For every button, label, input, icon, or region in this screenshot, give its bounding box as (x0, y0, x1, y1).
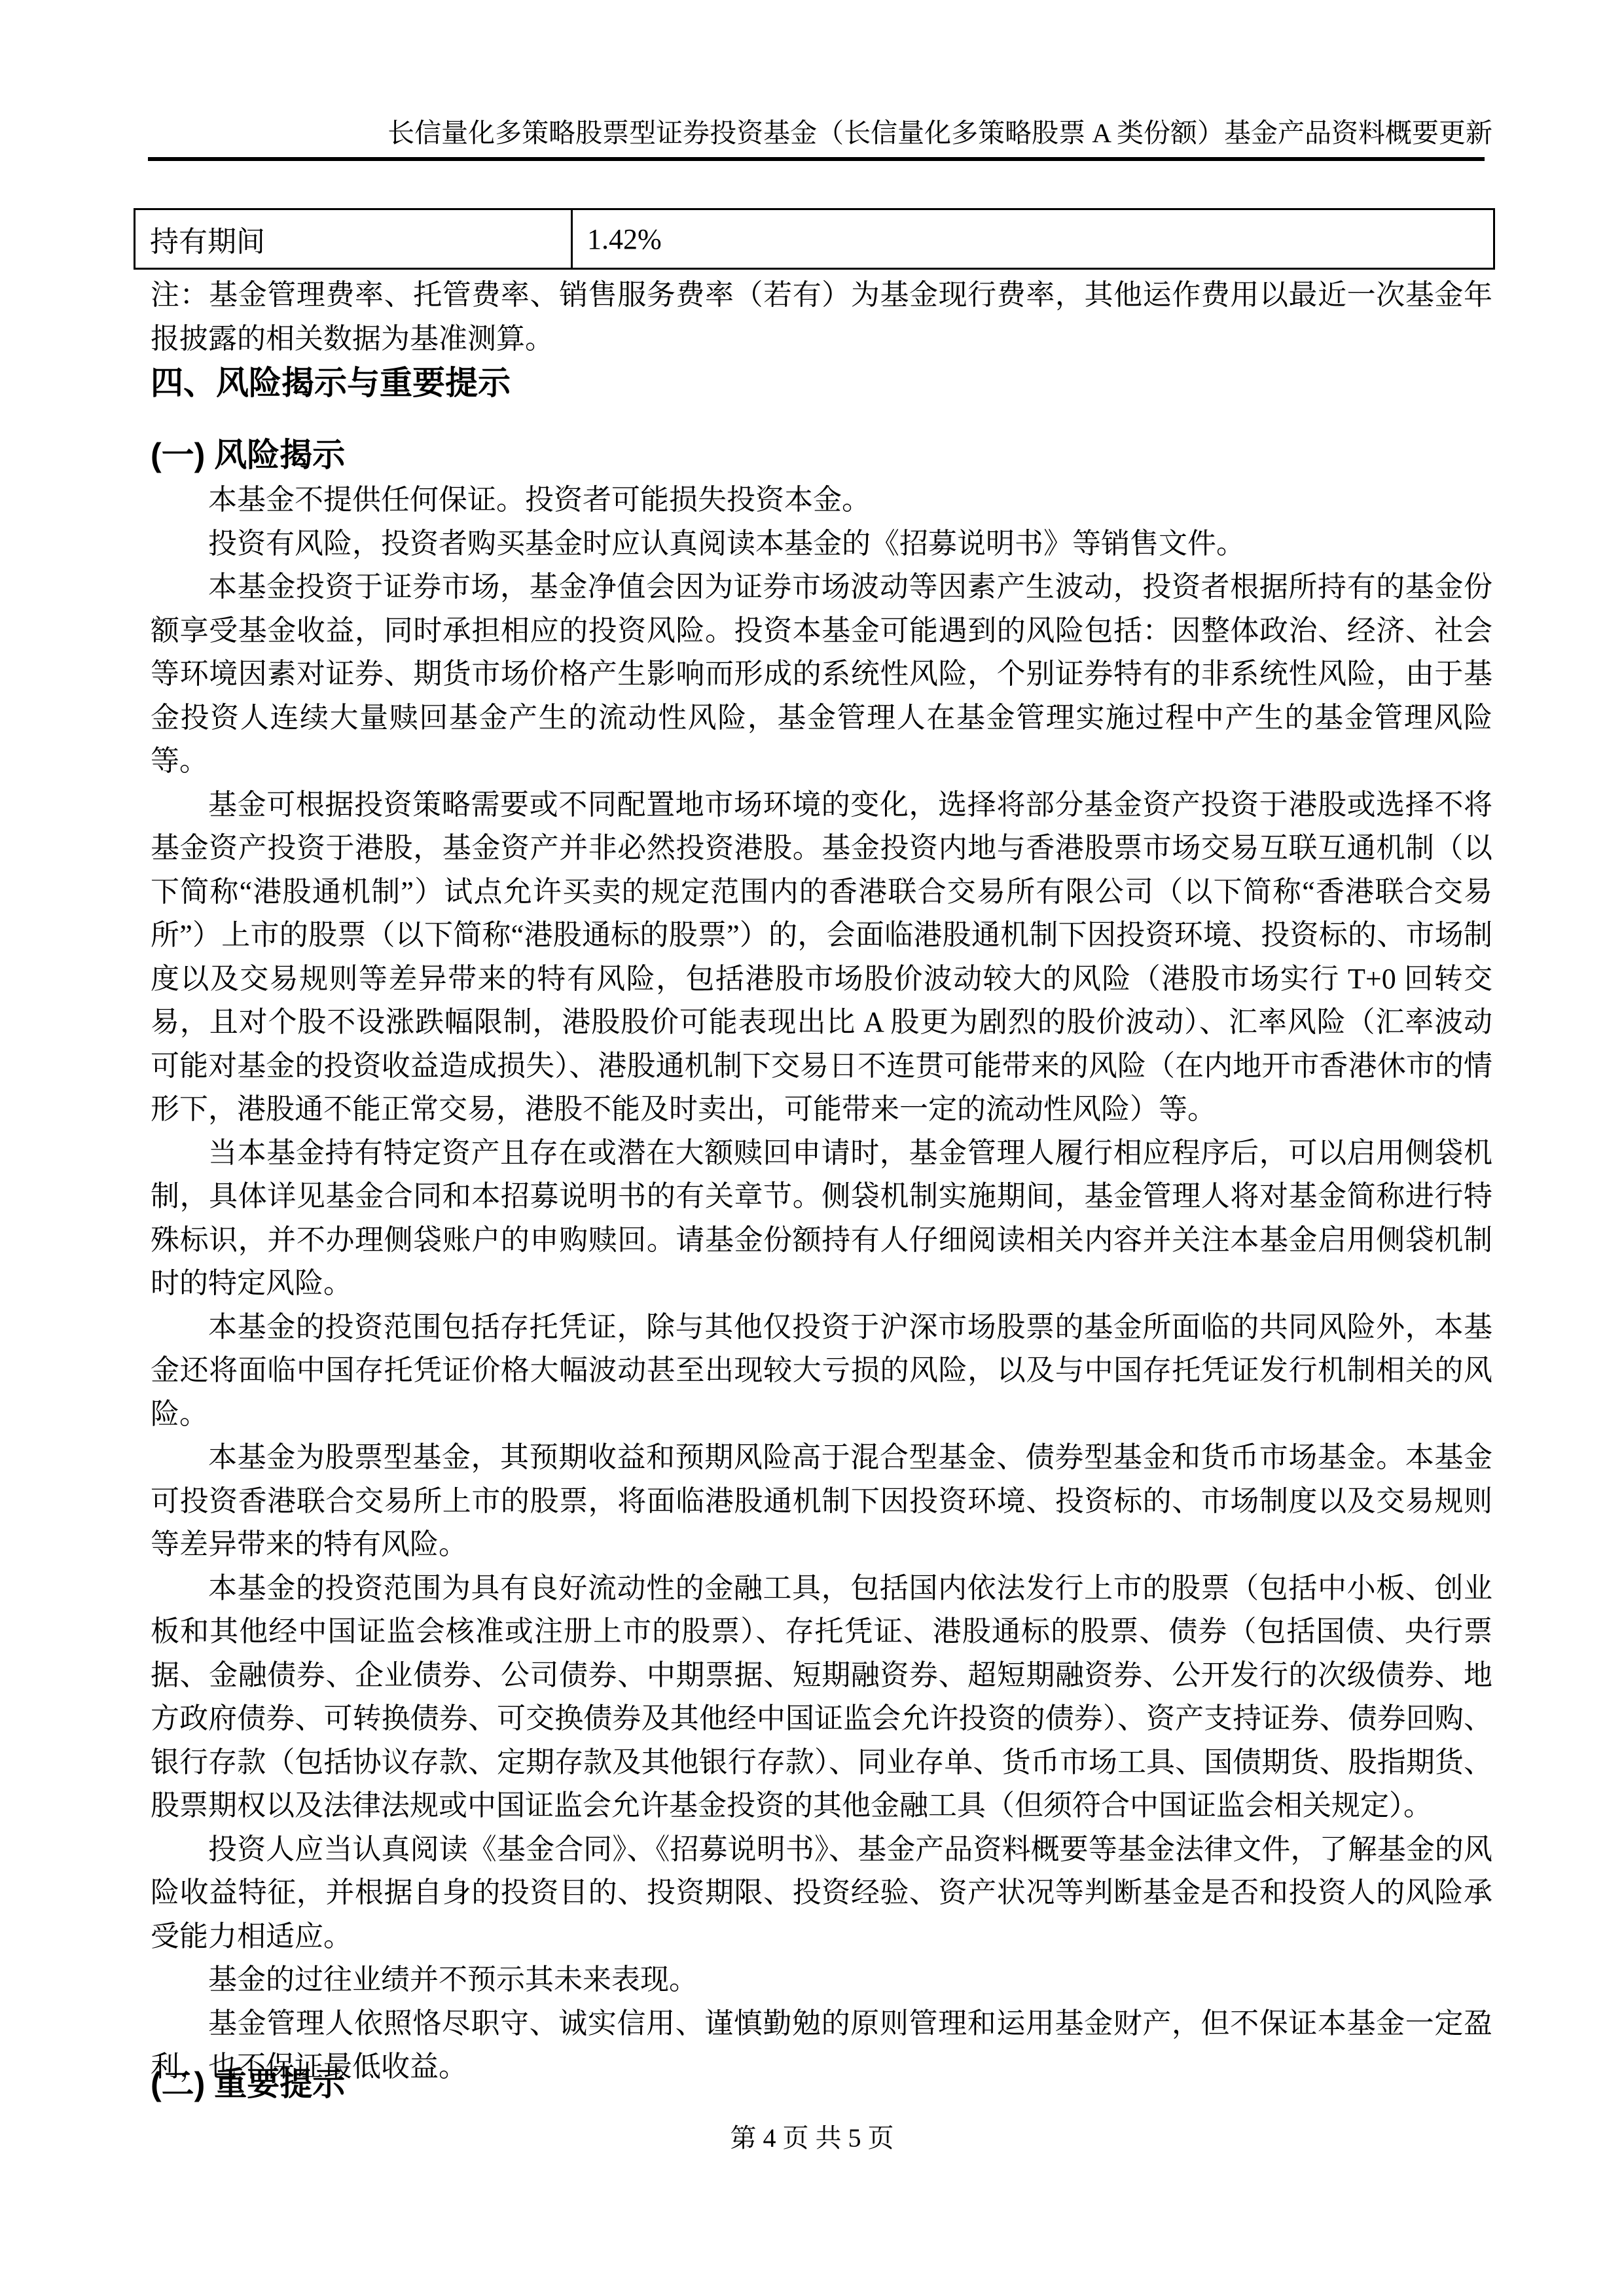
page-header: 长信量化多策略股票型证券投资基金（长信量化多策略股票 A 类份额）基金产品资料概… (151, 117, 1492, 149)
risk-paragraph: 基金可根据投资策略需要或不同配置地市场环境的变化，选择将部分基金资产投资于港股或… (151, 783, 1492, 1132)
document-page: 长信量化多策略股票型证券投资基金（长信量化多策略股票 A 类份额）基金产品资料概… (0, 0, 1624, 2296)
risk-paragraph: 投资人应当认真阅读《基金合同》、《招募说明书》、基金产品资料概要等基金法律文件，… (151, 1828, 1492, 1959)
risk-paragraph: 本基金的投资范围包括存托凭证，除与其他仅投资于沪深市场股票的基金所面临的共同风险… (151, 1306, 1492, 1437)
fee-table: 持有期间 1.42% (134, 208, 1495, 270)
risk-paragraph: 本基金为股票型基金，其预期收益和预期风险高于混合型基金、债券型基金和货币市场基金… (151, 1436, 1492, 1567)
section-title: 四、风险揭示与重要提示 (151, 364, 511, 402)
risk-paragraph: 基金的过往业绩并不预示其未来表现。 (151, 1958, 1492, 2002)
risk-paragraph: 基金管理人依照恪尽职守、诚实信用、谨慎勤勉的原则管理和运用基金财产，但不保证本基… (151, 2002, 1492, 2089)
risk-paragraph: 投资有风险，投资者购买基金时应认真阅读本基金的《招募说明书》等销售文件。 (151, 522, 1492, 566)
fee-row-label: 持有期间 (135, 209, 572, 269)
fee-note: 注：基金管理费率、托管费率、销售服务费率（若有）为基金现行费率，其他运作费用以最… (151, 273, 1492, 361)
subsection-risk-title: (一) 风险揭示 (151, 436, 345, 474)
risk-paragraph: 本基金的投资范围为具有良好流动性的金融工具，包括国内依法发行上市的股票（包括中小… (151, 1567, 1492, 1828)
header-rule (148, 157, 1485, 161)
table-row: 持有期间 1.42% (135, 209, 1494, 269)
subsection-notice-title: (二) 重要提示 (151, 2065, 345, 2103)
page-footer: 第 4 页 共 5 页 (0, 2122, 1624, 2155)
risk-disclosure-body: 本基金不提供任何保证。投资者可能损失投资本金。 投资有风险，投资者购买基金时应认… (151, 478, 1492, 2089)
risk-paragraph: 本基金投资于证券市场，基金净值会因为证券市场波动等因素产生波动，投资者根据所持有… (151, 565, 1492, 783)
fee-row-value: 1.42% (572, 209, 1494, 269)
risk-paragraph: 当本基金持有特定资产且存在或潜在大额赎回申请时，基金管理人履行相应程序后，可以启… (151, 1132, 1492, 1306)
risk-paragraph: 本基金不提供任何保证。投资者可能损失投资本金。 (151, 478, 1492, 522)
header-title: 长信量化多策略股票型证券投资基金（长信量化多策略股票 A 类份额）基金产品资料概… (388, 118, 1492, 148)
page-number: 第 4 页 共 5 页 (731, 2123, 894, 2153)
